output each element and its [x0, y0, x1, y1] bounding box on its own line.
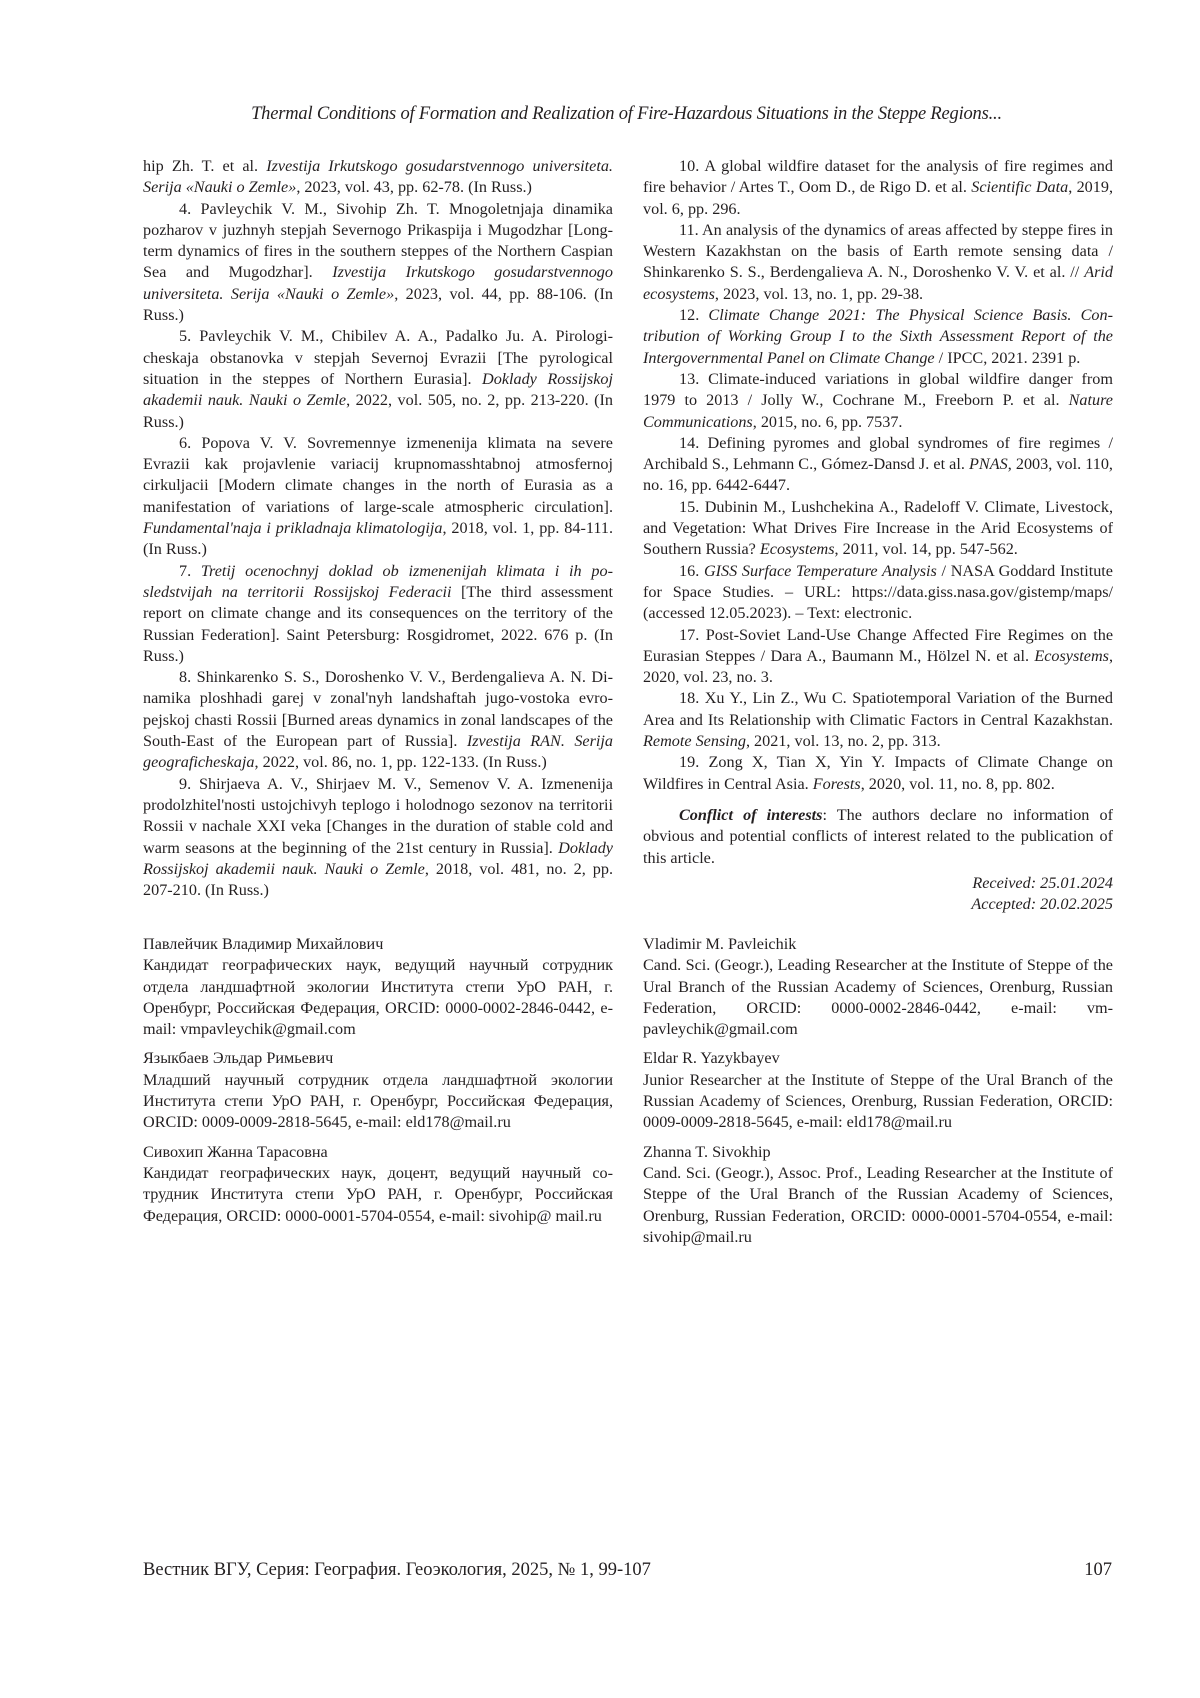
reference-item: 6. Popova V. V. Sovremennye izmenenija k…: [143, 433, 613, 561]
author-block: Eldar R. Yazykbayev Junior Researcher at…: [643, 1048, 1113, 1133]
authors-russian: Павлейчик Владимир Михайлович Кандидат г…: [143, 934, 613, 1235]
reference-item: 11. An analysis of the dynamics of areas…: [643, 220, 1113, 305]
author-block: Языкбаев Эльдар Римьевич Младший научный…: [143, 1048, 613, 1133]
article-dates: Received: 25.01.2024 Accepted: 20.02.202…: [643, 873, 1113, 916]
reference-item: 15. Dubinin M., Lushchekina A., Radeloff…: [643, 497, 1113, 561]
running-title: Thermal Conditions of Formation and Real…: [143, 104, 1110, 125]
reference-item: hip Zh. T. et al. Izvestija Irkutskogo g…: [143, 156, 613, 199]
reference-source-title: Fundamental'naja i prikladnaja klimatolo…: [143, 519, 442, 537]
author-block: Zhanna T. Sivokhip Cand. Sci. (Geogr.), …: [643, 1142, 1113, 1248]
reference-text: 9. Shirjaeva A. V., Shirjaev M. V., Seme…: [143, 775, 613, 857]
reference-text: 12.: [679, 306, 708, 324]
reference-text: , 2021, vol. 13, no. 2, pp. 313.: [746, 732, 941, 750]
reference-item: 7. Tretij ocenochnyj doklad ob izmenenij…: [143, 561, 613, 667]
reference-text: 18. Xu Y., Lin Z., Wu C. Spatiotemporal …: [643, 689, 1113, 728]
reference-source-title: GISS Surface Temperature Analysis: [704, 562, 937, 580]
author-description: Младший научный сотрудник отдела ландшаф…: [143, 1070, 613, 1134]
reference-text: , 2020, vol. 11, no. 8, pp. 802.: [861, 775, 1055, 793]
author-name: Zhanna T. Sivokhip: [643, 1142, 1113, 1163]
author-name: Языкбаев Эльдар Римьевич: [143, 1048, 613, 1069]
references-right-column: 10. A global wildfire dataset for the an…: [643, 156, 1113, 915]
footer-journal-citation: Вестник ВГУ, Серия: География. Геоэколог…: [143, 1560, 651, 1581]
reference-text: 13. Climate-induced variations in global…: [643, 370, 1113, 409]
reference-source-title: Forests: [813, 775, 861, 793]
author-block: Сивохип Жанна Тарасовна Кандидат географ…: [143, 1142, 613, 1227]
reference-text: , 2011, vol. 14, pp. 547-562.: [835, 540, 1018, 558]
author-description: Cand. Sci. (Geogr.), Leading Researcher …: [643, 955, 1113, 1040]
reference-text: 6. Popova V. V. Sovremennye izmenenija k…: [143, 434, 613, 516]
reference-source-title: Scientific Data: [971, 178, 1068, 196]
author-description: Кандидат географических наук, ведущий на…: [143, 955, 613, 1040]
accepted-date: Accepted: 20.02.2025: [643, 894, 1113, 915]
reference-item: 18. Xu Y., Lin Z., Wu C. Spatiotemporal …: [643, 688, 1113, 752]
reference-text: , 2022, vol. 86, no. 1, pp. 122-133. (In…: [255, 753, 547, 771]
reference-item: 10. A global wildfire dataset for the an…: [643, 156, 1113, 220]
received-date: Received: 25.01.2024: [643, 873, 1113, 894]
reference-text: 16.: [679, 562, 704, 580]
page-number: 107: [1084, 1560, 1112, 1581]
author-description: Кандидат географических наук, доцент, ве…: [143, 1163, 613, 1227]
reference-item: 12. Climate Change 2021: The Physical Sc…: [643, 305, 1113, 369]
reference-item: 4. Pavleychik V. M., Sivohip Zh. T. Mnog…: [143, 199, 613, 327]
reference-item: 13. Climate-induced variations in global…: [643, 369, 1113, 433]
author-block: Vladimir M. Pavleichik Cand. Sci. (Geogr…: [643, 934, 1113, 1040]
authors-english: Vladimir M. Pavleichik Cand. Sci. (Geogr…: [643, 934, 1113, 1256]
reference-item: 14. Defining pyromes and global syndrome…: [643, 433, 1113, 497]
conflict-of-interests: Conflict of interests: The authors decla…: [643, 805, 1113, 869]
reference-source-title: Ecosystems: [1034, 647, 1109, 665]
reference-source-title: PNAS: [969, 455, 1008, 473]
reference-source-title: Ecosystems: [760, 540, 835, 558]
reference-text: , 2023, vol. 13, no. 1, pp. 29-38.: [715, 285, 923, 303]
reference-source-title: Remote Sensing: [643, 732, 746, 750]
author-name: Eldar R. Yazykbayev: [643, 1048, 1113, 1069]
reference-text: / IPCC, 2021. 2391 p.: [935, 349, 1081, 367]
reference-item: 16. GISS Surface Temperature Analysis / …: [643, 561, 1113, 625]
reference-item: 8. Shinkarenko S. S., Doroshenko V. V., …: [143, 667, 613, 773]
author-description: Cand. Sci. (Geogr.), Assoc. Prof., Leadi…: [643, 1163, 1113, 1248]
reference-item: 9. Shirjaeva A. V., Shirjaev M. V., Seme…: [143, 774, 613, 902]
reference-item: 5. Pavleychik V. M., Chibilev A. A., Pad…: [143, 326, 613, 432]
reference-item: 17. Post-Soviet Land-Use Change Affected…: [643, 625, 1113, 689]
reference-text: 7.: [179, 562, 201, 580]
reference-text: , 2015, no. 6, pp. 7537.: [753, 413, 903, 431]
author-description: Junior Researcher at the Institute of St…: [643, 1070, 1113, 1134]
conflict-label: Conflict of interests: [679, 806, 822, 824]
author-name: Vladimir M. Pavleichik: [643, 934, 1113, 955]
reference-item: 19. Zong X, Tian X, Yin Y. Impacts of Cl…: [643, 752, 1113, 795]
reference-text: 11. An analysis of the dynamics of areas…: [643, 221, 1113, 282]
reference-text: hip Zh. T. et al.: [143, 157, 266, 175]
author-name: Сивохип Жанна Тарасовна: [143, 1142, 613, 1163]
author-block: Павлейчик Владимир Михайлович Кандидат г…: [143, 934, 613, 1040]
reference-text: , 2023, vol. 43, pp. 62-78. (In Russ.): [296, 178, 532, 196]
references-left-column: hip Zh. T. et al. Izvestija Irkutskogo g…: [143, 156, 613, 901]
author-name: Павлейчик Владимир Михайлович: [143, 934, 613, 955]
